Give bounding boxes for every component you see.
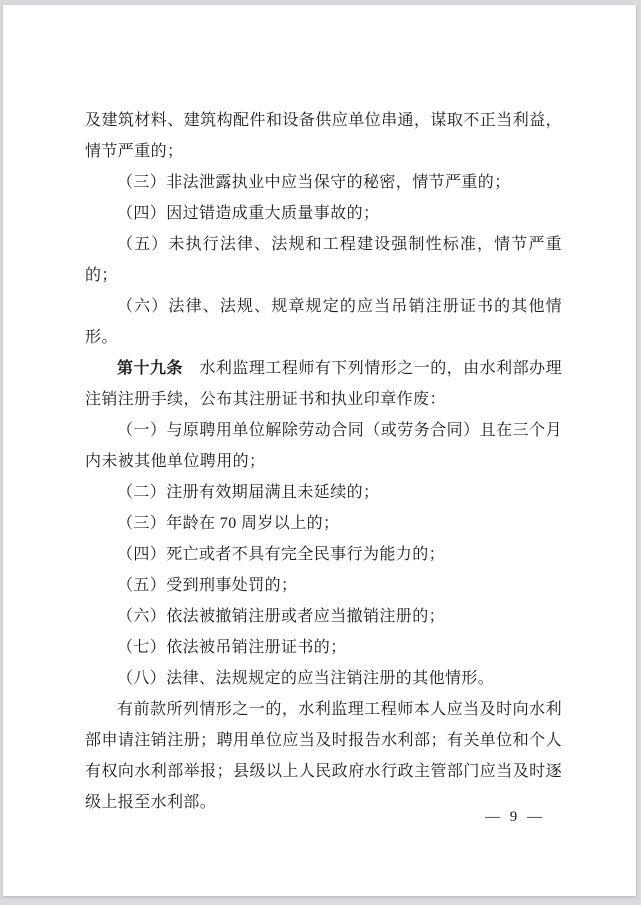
list-item: （一）与原聘用单位解除劳动合同（或劳务合同）且在三个月内未被其他单位聘用的； bbox=[85, 415, 562, 477]
list-item: （二）注册有效期届满且未延续的； bbox=[85, 477, 562, 508]
list-item: （七）依法被吊销注册证书的； bbox=[85, 632, 562, 663]
page-number: — 9 — bbox=[485, 805, 545, 829]
list-item: （三）年龄在 70 周岁以上的； bbox=[85, 508, 562, 539]
list-item: （三）非法泄露执业中应当保守的秘密，情节严重的； bbox=[85, 167, 562, 198]
paragraph-continuation: 及建筑材料、建筑构配件和设备供应单位串通，谋取不正当利益，情节严重的； bbox=[85, 105, 562, 167]
article-number: 第十九条 bbox=[117, 360, 183, 377]
list-item: （四）死亡或者不具有完全民事行为能力的； bbox=[85, 539, 562, 570]
closing-paragraph: 有前款所列情形之一的，水利监理工程师本人应当及时向水利部申请注销注册；聘用单位应… bbox=[85, 694, 562, 818]
scan-background: 及建筑材料、建筑构配件和设备供应单位串通，谋取不正当利益，情节严重的； （三）非… bbox=[0, 0, 641, 905]
article-paragraph: 第十九条 水利监理工程师有下列情形之一的，由水利部办理注销注册手续，公布其注册证… bbox=[85, 353, 562, 415]
list-item: （五）受到刑事处罚的； bbox=[85, 570, 562, 601]
document-body: 及建筑材料、建筑构配件和设备供应单位串通，谋取不正当利益，情节严重的； （三）非… bbox=[85, 105, 562, 818]
list-item: （八）法律、法规规定的应当注销注册的其他情形。 bbox=[85, 663, 562, 694]
list-item: （六）依法被撤销注册或者应当撤销注册的； bbox=[85, 601, 562, 632]
list-item: （四）因过错造成重大质量事故的； bbox=[85, 198, 562, 229]
document-page: 及建筑材料、建筑构配件和设备供应单位串通，谋取不正当利益，情节严重的； （三）非… bbox=[3, 5, 636, 896]
list-item: （六）法律、法规、规章规定的应当吊销注册证书的其他情形。 bbox=[85, 291, 562, 353]
list-item: （五）未执行法律、法规和工程建设强制性标准，情节严重的； bbox=[85, 229, 562, 291]
